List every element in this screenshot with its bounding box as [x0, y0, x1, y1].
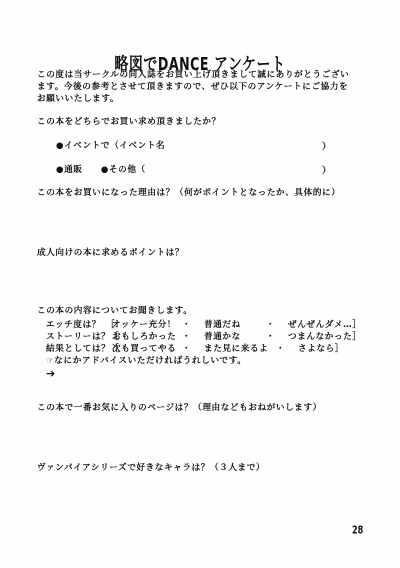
rating-row-erotic: エッチ度は？ ［オッケー充分！・普通だね・ぜんぜんダメ…］ [46, 319, 362, 331]
option-mailorder-other: ●通販 ●その他（ [56, 164, 146, 176]
rating-row-story: ストーリーは？［おもしろかった・普通かな・つまんなかった］ [46, 331, 362, 343]
separator: ・ [182, 319, 204, 331]
rating-choice: また見に来るよ [204, 343, 276, 355]
separator: ・ [266, 331, 288, 343]
intro-line: お願いいたします。 [37, 93, 119, 105]
question-favorite-page: この本で一番お気に入りのページは？（理由などもおねがいします） [37, 402, 322, 414]
intro-line: ます。今後の参考とさせて頂きますので、ぜひ以下のアンケートにご協力を [37, 81, 348, 93]
rating-choice: 普通だね [204, 319, 266, 331]
rating-choice: さよなら］ [298, 343, 344, 355]
separator: ・ [276, 343, 298, 355]
question-content: この本の内容についてお聞きします。 [37, 305, 192, 317]
rating-choice: オッケー充分！ [112, 319, 182, 331]
separator: ・ [182, 343, 204, 355]
arrow-right-icon: ➔ [46, 367, 55, 380]
separator: ・ [266, 319, 288, 331]
question-purchase-reason: この本をお買いになった理由は？（何がポイントとなったか、具体的に） [37, 187, 340, 199]
page-number: 28 [352, 525, 363, 537]
question-adult-points: 成人向けの本に求めるポイントは？ [37, 247, 184, 259]
option-event-close: ） [322, 139, 331, 152]
rating-choice: 次も買ってやる [112, 343, 182, 355]
questionnaire-page: 略図でDANCE アンケート この度は当サークルの同人誌をお買い上げ頂きまして誠… [0, 0, 400, 568]
rating-row-result: 結果としては？［次も買ってやる・また見に来るよ・さよなら］ [46, 343, 344, 355]
question-purchase-location: この本をどちらでお買い求め頂きましたか？ [37, 116, 221, 128]
rating-label: 結果としては？［ [46, 343, 112, 355]
separator: ・ [182, 331, 204, 343]
intro-line: この度は当サークルの同人誌をお買い上げ頂きまして誠にありがとうござい [37, 69, 349, 81]
rating-choice: 普通かな [204, 331, 266, 343]
option-other-close: ） [322, 163, 331, 176]
rating-label: ストーリーは？［ [46, 331, 112, 343]
question-favorite-characters: ヴァンパイアシリーズで好きなキャラは？（３人まで） [37, 462, 265, 474]
rating-label: エッチ度は？ ［ [46, 319, 112, 331]
advice-prompt: ☞なにかアドバイスいただければうれしいです。 [46, 355, 246, 367]
rating-choice: ぜんぜんダメ…］ [288, 319, 362, 331]
rating-choice: おもしろかった [112, 331, 182, 343]
rating-choice: つまんなかった］ [288, 331, 362, 343]
option-event: ●イベントで（イベント名 [56, 140, 165, 152]
